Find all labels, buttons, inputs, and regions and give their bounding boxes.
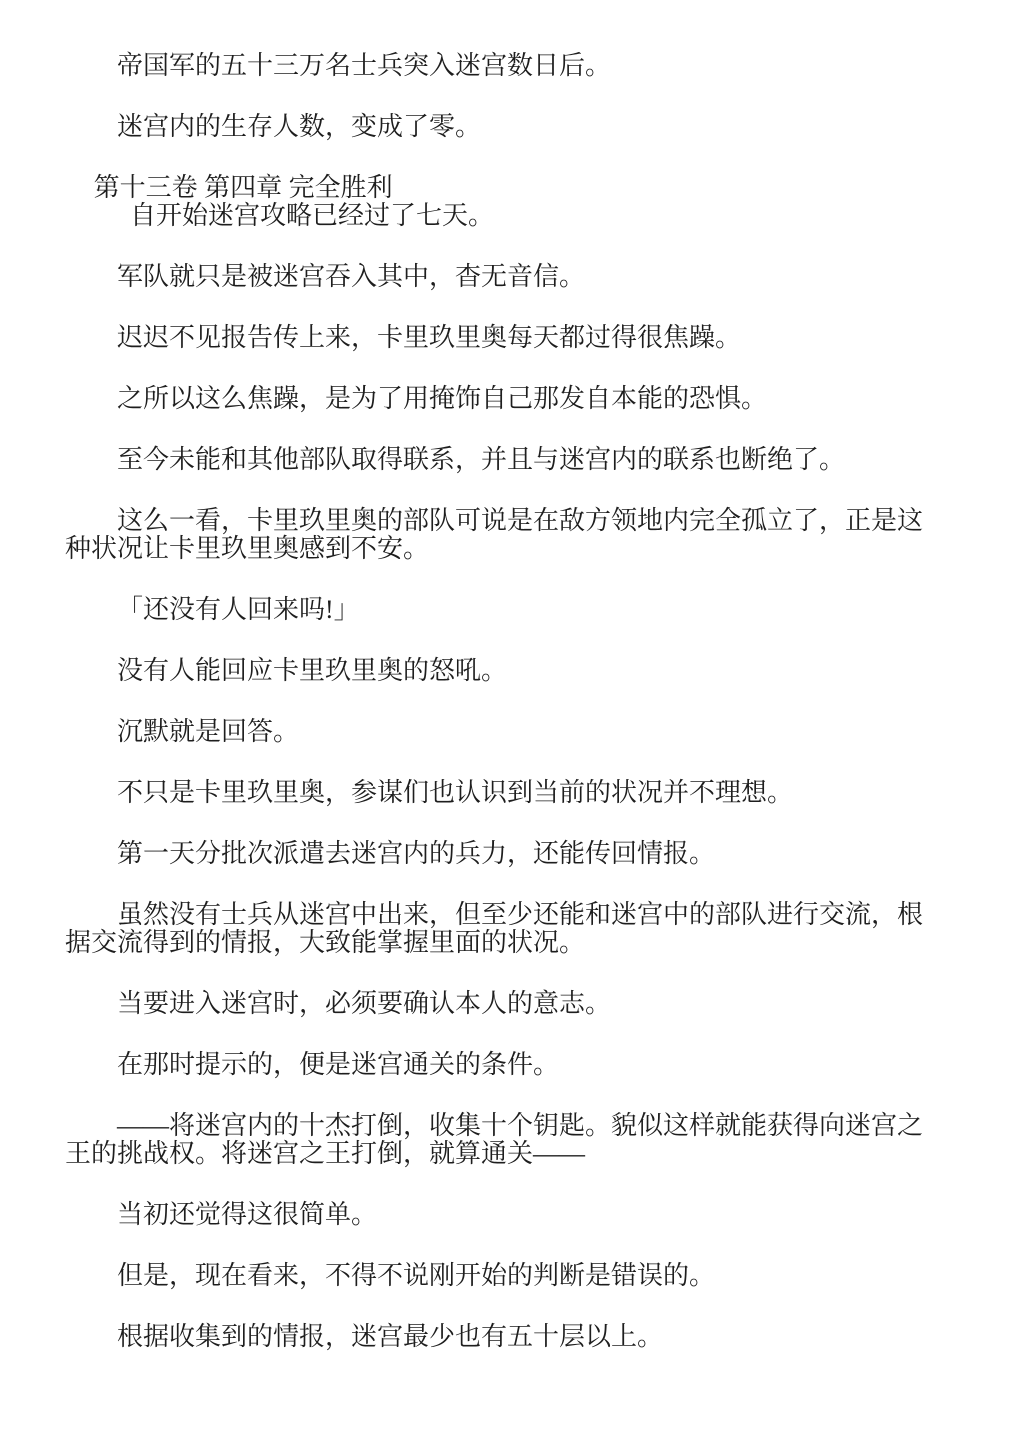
paragraph: 沉默就是回答。	[65, 718, 937, 746]
paragraph: 在那时提示的，便是迷宫通关的条件。	[65, 1051, 937, 1079]
paragraph: 帝国军的五十三万名士兵突入迷宫数日后。	[65, 52, 937, 80]
paragraph: 「还没有人回来吗!」	[65, 596, 937, 624]
paragraph: 自开始迷宫攻略已经过了七天。	[65, 202, 937, 230]
paragraph: 第一天分批次派遣去迷宫内的兵力，还能传回情报。	[65, 840, 937, 868]
paragraph: 当初还觉得这很简单。	[65, 1201, 937, 1229]
paragraph: 这么一看，卡里玖里奥的部队可说是在敌方领地内完全孤立了，正是这种状况让卡里玖里奥…	[65, 507, 937, 563]
chapter-heading: 第十三卷 第四章 完全胜利	[65, 174, 937, 202]
paragraph: 根据收集到的情报，迷宫最少也有五十层以上。	[65, 1323, 937, 1351]
text-column: 帝国军的五十三万名士兵突入迷宫数日后。迷宫内的生存人数，变成了零。第十三卷 第四…	[65, 52, 937, 1351]
paragraph: 军队就只是被迷宫吞入其中，杳无音信。	[65, 263, 937, 291]
paragraph: ——将迷宫内的十杰打倒，收集十个钥匙。貌似这样就能获得向迷宫之王的挑战权。将迷宫…	[65, 1112, 937, 1168]
paragraph: 没有人能回应卡里玖里奥的怒吼。	[65, 657, 937, 685]
paragraph: 迷宫内的生存人数，变成了零。	[65, 113, 937, 141]
paragraph: 但是，现在看来，不得不说刚开始的判断是错误的。	[65, 1262, 937, 1290]
paragraph: 至今未能和其他部队取得联系，并且与迷宫内的联系也断绝了。	[65, 446, 937, 474]
paragraph: 之所以这么焦躁，是为了用掩饰自己那发自本能的恐惧。	[65, 385, 937, 413]
paragraph: 不只是卡里玖里奥，参谋们也认识到当前的状况并不理想。	[65, 779, 937, 807]
novel-page: 帝国军的五十三万名士兵突入迷宫数日后。迷宫内的生存人数，变成了零。第十三卷 第四…	[0, 0, 1017, 1437]
paragraph: 迟迟不见报告传上来，卡里玖里奥每天都过得很焦躁。	[65, 324, 937, 352]
paragraph: 虽然没有士兵从迷宫中出来，但至少还能和迷宫中的部队进行交流，根据交流得到的情报，…	[65, 901, 937, 957]
paragraph: 当要进入迷宫时，必须要确认本人的意志。	[65, 990, 937, 1018]
